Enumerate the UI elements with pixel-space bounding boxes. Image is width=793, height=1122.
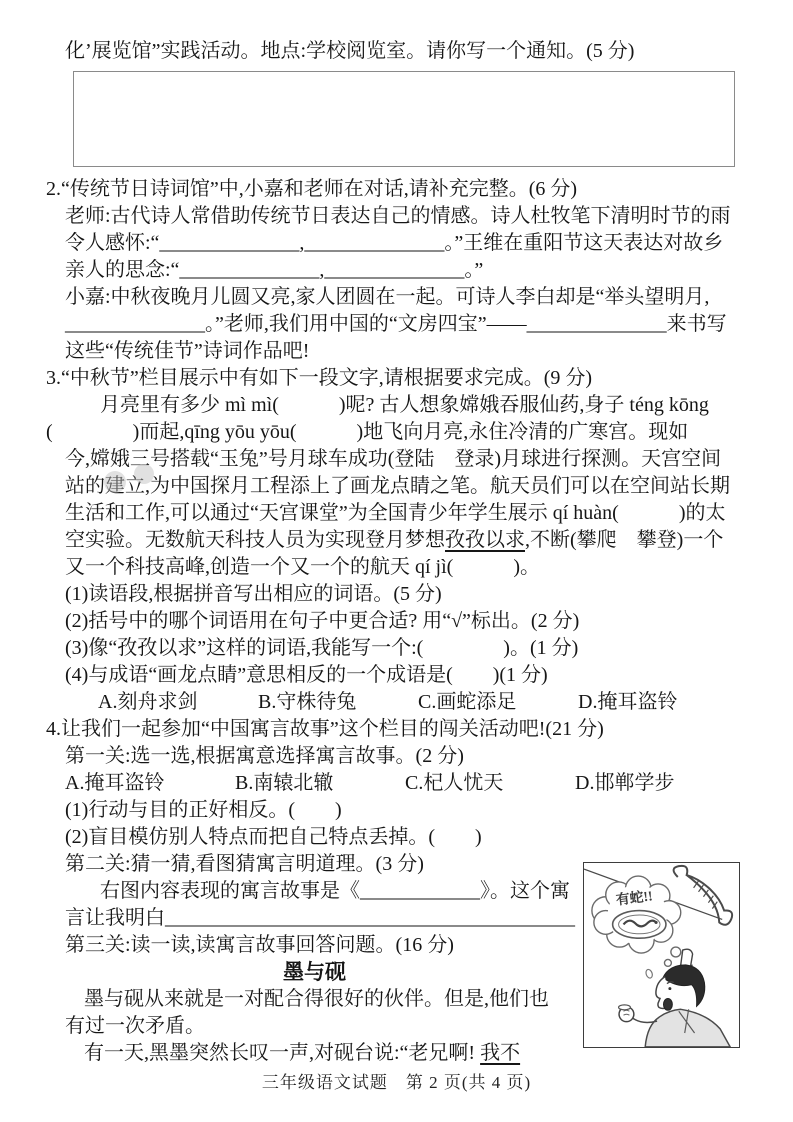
- scan-watermark-dot: [134, 464, 154, 484]
- q3-options-row: A.刻舟求剑 B.守株待兔 C.画蛇添足 D.掩耳盗铃: [46, 689, 746, 716]
- q3-sub-text: (3)像“孜孜以求”这样的词语,我能写一个:( )。(1 分): [65, 637, 578, 659]
- q3-option-d: D.掩耳盗铃: [578, 689, 738, 716]
- q2-text: 这些“传统佳节”诗词作品吧!: [65, 340, 309, 362]
- q4-pass3-text: 第三关:读一读,读寓言故事回答问题。(16 分): [65, 934, 454, 956]
- q2-text: 小嘉:中秋夜晚月儿圆又亮,家人团圆在一起。可诗人李白却是“举头望明月,: [65, 286, 709, 308]
- q4-title: 4.让我们一起参加“中国寓言故事”这个栏目的闯关活动吧!(21 分): [46, 716, 746, 743]
- exam-page: 化’展览馆”实践活动。地点:学校阅览室。请你写一个通知。(5 分) 2.“传统节…: [0, 0, 793, 1122]
- story-title-text: 墨与砚: [283, 960, 346, 984]
- q4-sub-1: (1)行动与目的正好相反。( ): [46, 797, 746, 824]
- q3-title-text: 3.“中秋节”栏目展示中有如下一段文字,请根据要求完成。(9 分): [46, 367, 592, 389]
- fable-illustration-box: 有蛇!!: [583, 862, 740, 1048]
- q4-title-text: 4.让我们一起参加“中国寓言故事”这个栏目的闯关活动吧!(21 分): [46, 718, 604, 740]
- q2-title: 2.“传统节日诗词馆”中,小嘉和老师在对话,请补充完整。(6 分): [46, 176, 746, 203]
- q3-passage-line-underlined: 空实验。无数航天科技人员为实现登月梦想孜孜以求,不断(攀爬 攀登)一个: [46, 527, 746, 554]
- q2-line-xiaojia-3: 这些“传统佳节”诗词作品吧!: [46, 338, 746, 365]
- q4-option-a: A.掩耳盗铃: [65, 770, 235, 797]
- story-text: 墨与砚从来就是一对配合得很好的伙伴。但是,他们也: [84, 988, 549, 1010]
- q3-sub-1: (1)读语段,根据拼音写出相应的词语。(5 分): [46, 581, 746, 608]
- q3-passage-line: 又一个科技高峰,创造一个又一个的航天 qí jì( )。: [46, 554, 746, 581]
- q4-option-b: B.南辕北辙: [235, 770, 405, 797]
- q2-line-teacher-1: 老师:古代诗人常借助传统节日表达自己的情感。诗人杜牧笔下清明时节的雨: [46, 203, 746, 230]
- q3-passage-text: 生活和工作,可以通过“天宫课堂”为全国青少年学生展示 qí huàn( )的太: [65, 502, 726, 524]
- q3-option-a: A.刻舟求剑: [98, 689, 258, 716]
- q4-pass1: 第一关:选一选,根据寓意选择寓言故事。(2 分): [46, 743, 746, 770]
- q3-option-b: B.守株待兔: [258, 689, 418, 716]
- q1-prompt-text: 化’展览馆”实践活动。地点:学校阅览室。请你写一个通知。(5 分): [65, 40, 634, 62]
- q3-passage-text: ,不断(攀爬 攀登)一个: [525, 529, 723, 551]
- story-text: 有过一次矛盾。: [65, 1015, 205, 1037]
- q4-options-row: A.掩耳盗铃 B.南辕北辙 C.杞人忧天 D.邯郸学步: [46, 770, 746, 797]
- q3-passage-text: 站的建立,为中国探月工程添上了画龙点睛之笔。航天员们可以在空间站长期: [65, 475, 730, 497]
- q4-sub-text: (1)行动与目的正好相反。( ): [65, 799, 342, 821]
- fable-illustration: 有蛇!!: [584, 863, 739, 1047]
- q4-pass1-text: 第一关:选一选,根据寓意选择寓言故事。(2 分): [65, 745, 464, 767]
- q2-text: 老师:古代诗人常借助传统节日表达自己的情感。诗人杜牧笔下清明时节的雨: [65, 205, 731, 227]
- q3-option-c: C.画蛇添足: [418, 689, 578, 716]
- q2-line-xiaojia-2: ______________。”老师,我们用中国的“文房四宝”——_______…: [46, 311, 746, 338]
- q4-option-c: C.杞人忧天: [405, 770, 575, 797]
- q3-passage-line: 月亮里有多少 mì mì( )呢? 古人想象嫦娥吞服仙药,身子 téng kōn…: [46, 392, 746, 419]
- q3-underlined-idiom: 孜孜以求: [445, 529, 525, 551]
- q4-guess-text: 言让我明白: [65, 907, 165, 929]
- q2-line-blank-2: 亲人的思念:“______________,______________。”: [46, 257, 746, 284]
- q4-sub-2: (2)盲目模仿别人特点而把自己特点丢掉。( ): [46, 824, 746, 851]
- q1-prompt-line: 化’展览馆”实践活动。地点:学校阅览室。请你写一个通知。(5 分): [46, 38, 746, 65]
- q4-option-d: D.邯郸学步: [575, 770, 745, 797]
- q2-text: ______________。”老师,我们用中国的“文房四宝”——_______…: [65, 313, 727, 335]
- story-title: 墨与砚: [46, 959, 583, 986]
- q2-text: 亲人的思念:“______________,______________。”: [65, 259, 483, 281]
- q3-passage-line: 生活和工作,可以通过“天宫课堂”为全国青少年学生展示 qí huàn( )的太: [46, 500, 746, 527]
- q3-passage-text: ( )而起,qīng yōu yōu( )地飞向月亮,永住冷清的广寒宫。现如: [46, 421, 688, 443]
- q3-sub-text: (4)与成语“画龙点睛”意思相反的一个成语是( )(1 分): [65, 664, 548, 686]
- q3-passage-text: 今,嫦娥三号搭载“玉兔”号月球车成功(登陆 登录)月球进行探测。天宫空间: [65, 448, 721, 470]
- footer-text: 三年级语文试题 第 2 页(共 4 页): [262, 1073, 531, 1092]
- q4-guess-blank: ________________________________________…: [165, 907, 575, 929]
- q4-pass2-text: 第二关:猜一猜,看图猜寓言明道理。(3 分): [65, 853, 424, 875]
- scan-watermark-dot: [104, 471, 126, 493]
- notice-answer-box: [73, 71, 735, 167]
- q3-passage-text: 又一个科技高峰,创造一个又一个的航天 qí jì( )。: [65, 556, 540, 578]
- q3-sub-text: (1)读语段,根据拼音写出相应的词语。(5 分): [65, 583, 442, 605]
- q3-sub-2: (2)括号中的哪个词语用在句子中更合适? 用“√”标出。(2 分): [46, 608, 746, 635]
- q3-passage-line: ( )而起,qīng yōu yōu( )地飞向月亮,永住冷清的广寒宫。现如: [46, 419, 746, 446]
- scared-man-illustration: [619, 949, 731, 1047]
- q3-passage-text: 空实验。无数航天科技人员为实现登月梦想: [65, 529, 445, 551]
- q2-title-text: 2.“传统节日诗词馆”中,小嘉和老师在对话,请补充完整。(6 分): [46, 178, 577, 200]
- q2-text: 令人感怀:“______________,______________。”王维在…: [65, 232, 723, 254]
- q4-guess-text: 右图内容表现的寓言故事是《____________》。这个寓: [100, 880, 570, 902]
- q2-line-blank-1: 令人感怀:“______________,______________。”王维在…: [46, 230, 746, 257]
- q2-line-xiaojia-1: 小嘉:中秋夜晚月儿圆又亮,家人团圆在一起。可诗人李白却是“举头望明月,: [46, 284, 746, 311]
- q3-sub-text: (2)括号中的哪个词语用在句子中更合适? 用“√”标出。(2 分): [65, 610, 579, 632]
- q3-sub-3: (3)像“孜孜以求”这样的词语,我能写一个:( )。(1 分): [46, 635, 746, 662]
- q3-sub-4: (4)与成语“画龙点睛”意思相反的一个成语是( )(1 分): [46, 662, 746, 689]
- q3-title: 3.“中秋节”栏目展示中有如下一段文字,请根据要求完成。(9 分): [46, 365, 746, 392]
- page-footer: 三年级语文试题 第 2 页(共 4 页): [0, 1068, 793, 1093]
- q3-passage-text: 月亮里有多少 mì mì( )呢? 古人想象嫦娥吞服仙药,身子 téng kōn…: [100, 394, 709, 416]
- q4-sub-text: (2)盲目模仿别人特点而把自己特点丢掉。( ): [65, 826, 482, 848]
- story-text: 有一天,黑墨突然长叹一声,对砚台说:“老兄啊!: [84, 1042, 480, 1064]
- story-underlined-text: 我不: [480, 1042, 520, 1064]
